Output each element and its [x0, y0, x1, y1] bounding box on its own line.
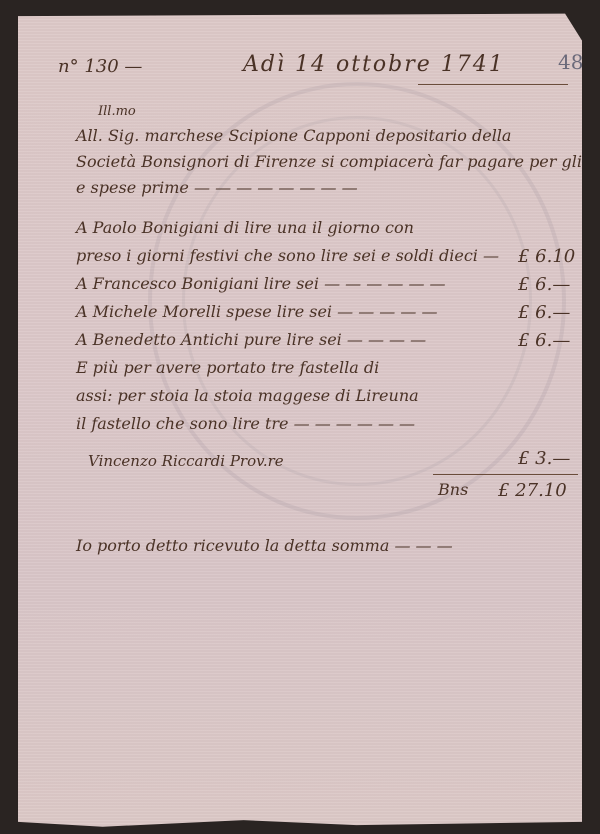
- document-date: Adì 14 ottobre 1741: [243, 52, 505, 77]
- item-1-amount: £ 6.10: [518, 246, 575, 267]
- item-4: A Benedetto Antichi pure lire sei — — — …: [76, 330, 426, 349]
- item-4-amount: £ 6.—: [518, 330, 570, 351]
- header-rule: [418, 84, 568, 85]
- item-1-line-1: A Paolo Bonigiani di lire una il giorno …: [76, 218, 414, 237]
- item-3-amount: £ 6.—: [518, 302, 570, 323]
- item-1-line-2: preso i giorni festivi che sono lire sei…: [76, 246, 499, 265]
- salutation: Ill.mo: [98, 104, 136, 119]
- document-page: n° 130 — Adì 14 ottobre 1741 48 Ill.mo A…: [18, 12, 582, 830]
- reference-number: n° 130 —: [58, 56, 142, 77]
- intro-line-3: e spese prime — — — — — — — —: [76, 178, 358, 197]
- signature: Vincenzo Riccardi Prov.re: [88, 452, 284, 470]
- item-5-line-2: assi: per stoia la stoia maggese di Lire…: [76, 386, 419, 405]
- page-number: 48: [558, 50, 583, 74]
- total-rule: [433, 474, 578, 475]
- total-amount: £ 27.10: [498, 480, 567, 501]
- item-5-line-1: E più per avere portato tre fastella di: [76, 358, 379, 377]
- item-5-amount: £ 3.—: [518, 448, 570, 469]
- total-label: Bns: [438, 480, 468, 499]
- item-2-amount: £ 6.—: [518, 274, 570, 295]
- item-2: A Francesco Bonigiani lire sei — — — — —…: [76, 274, 446, 293]
- intro-line-1: All. Sig. marchese Scipione Capponi depo…: [76, 126, 511, 145]
- item-5-line-3: il fastello che sono lire tre — — — — — …: [76, 414, 415, 433]
- intro-line-2: Società Bonsignori di Firenze si compiac…: [76, 152, 600, 171]
- receipt-line: Io porto detto ricevuto la detta somma —…: [76, 536, 453, 555]
- item-3: A Michele Morelli spese lire sei — — — —…: [76, 302, 437, 321]
